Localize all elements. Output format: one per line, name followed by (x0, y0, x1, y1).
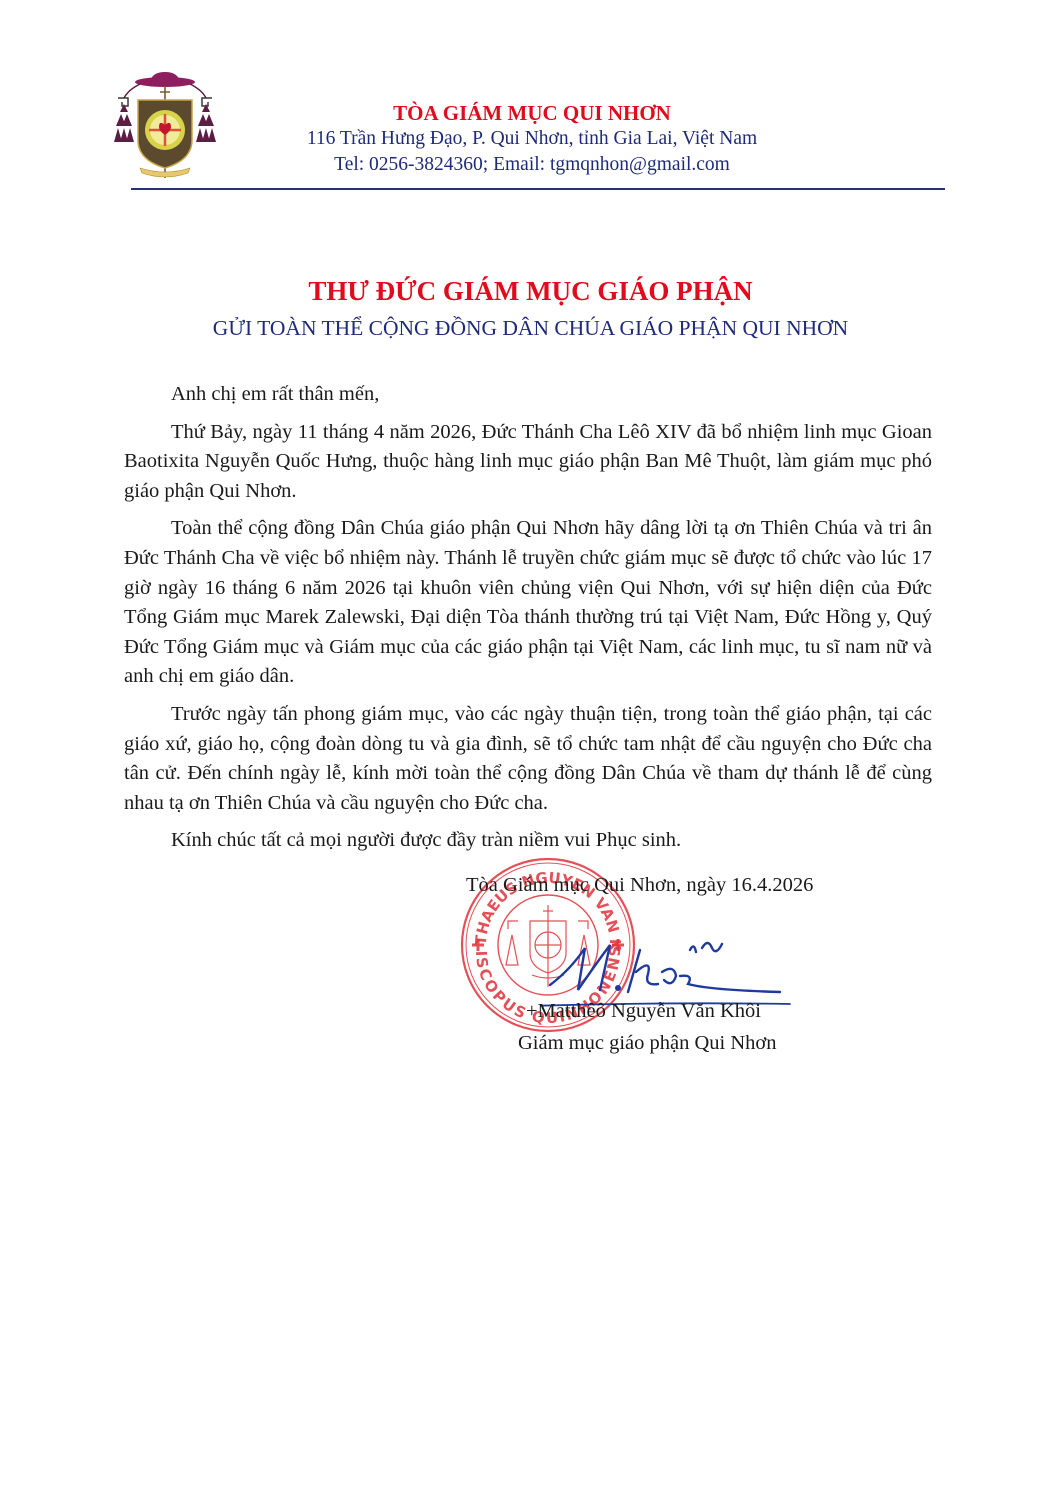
letter-body: Anh chị em rất thân mến, Thứ Bảy, ngày 1… (124, 380, 932, 864)
paragraph: Toàn thể cộng đồng Dân Chúa giáo phận Qu… (124, 514, 932, 692)
paragraph: Kính chúc tất cả mọi người được đầy tràn… (124, 826, 932, 856)
letterhead: TÒA GIÁM MỤC QUI NHƠN 116 Trần Hưng Đạo,… (232, 100, 832, 178)
org-address: 116 Trần Hưng Đạo, P. Qui Nhơn, tỉnh Gia… (232, 126, 832, 152)
header-divider (131, 188, 945, 190)
paragraph: Thứ Bảy, ngày 11 tháng 4 năm 2026, Đức T… (124, 418, 932, 507)
salutation: Anh chị em rất thân mến, (124, 380, 932, 410)
bishop-coat-of-arms-icon (110, 68, 220, 188)
org-contact: Tel: 0256-3824360; Email: tgmqnhon@gmail… (232, 152, 832, 178)
paragraph: Trước ngày tấn phong giám mục, vào các n… (124, 700, 932, 818)
document-subtitle: GỬI TOÀN THỂ CỘNG ĐỒNG DÂN CHÚA GIÁO PHẬ… (0, 314, 1061, 342)
place-date: Tòa Giám mục Qui Nhơn, ngày 16.4.2026 (466, 870, 813, 900)
document-title: THƯ ĐỨC GIÁM MỤC GIÁO PHẬN (0, 274, 1061, 308)
org-name: TÒA GIÁM MỤC QUI NHƠN (232, 100, 832, 126)
signer-title: Giám mục giáo phận Qui Nhơn (518, 1028, 777, 1058)
signer-name: +Matthêô Nguyễn Văn Khôi (526, 996, 761, 1026)
